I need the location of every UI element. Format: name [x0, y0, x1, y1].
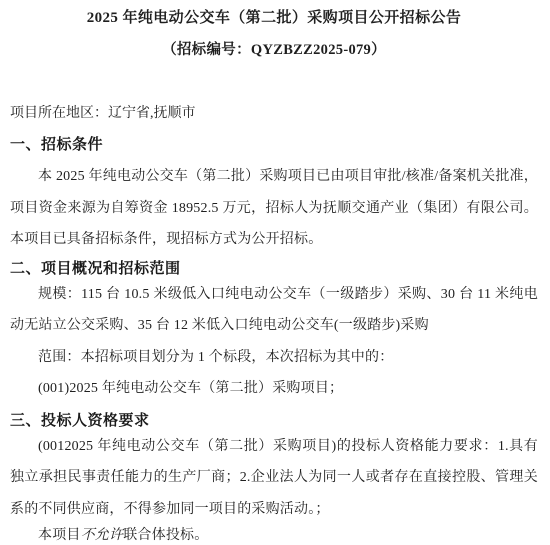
qualification-requirements-paragraph: (0012025 年纯电动公交车（第二批）采购项目)的投标人资格能力要求：1.具… [10, 431, 538, 526]
location-label: 项目所在地区： [10, 106, 108, 121]
location-value: 辽宁省,抚顺市 [108, 106, 196, 121]
section-heading-bidder-qualifications: 三、投标人资格要求 [10, 410, 538, 431]
consortium-suffix: 联合体投标。 [123, 528, 208, 543]
project-location-line: 项目所在地区：辽宁省,抚顺市 [10, 104, 538, 124]
tender-number-line: （招标编号：QYZBZZ2025-079） [10, 40, 538, 60]
consortium-emphasis: 不允许 [81, 528, 124, 543]
section-heading-bidding-conditions: 一、招标条件 [10, 134, 538, 155]
bidding-conditions-paragraph: 本 2025 年纯电动公交车（第二批）采购项目已由项目审批/核准/备案机关批准，… [10, 161, 538, 256]
scale-paragraph: 规模：115 台 10.5 米级低入口纯电动公交车（一级踏步）采购、30 台 1… [10, 279, 538, 342]
scope-paragraph: 范围：本招标项目划分为 1 个标段，本次招标为其中的： [10, 342, 538, 374]
lot-001-line: (001)2025 年纯电动公交车（第二批）采购项目； [10, 373, 538, 405]
consortium-statement: 本项目不允许联合体投标。 [10, 527, 538, 545]
section-heading-project-overview: 二、项目概况和招标范围 [10, 258, 538, 279]
document-title: 2025 年纯电动公交车（第二批）采购项目公开招标公告 [10, 6, 538, 29]
document-page: 2025 年纯电动公交车（第二批）采购项目公开招标公告 （招标编号：QYZBZZ… [0, 0, 550, 545]
consortium-prefix: 本项目 [38, 528, 81, 543]
